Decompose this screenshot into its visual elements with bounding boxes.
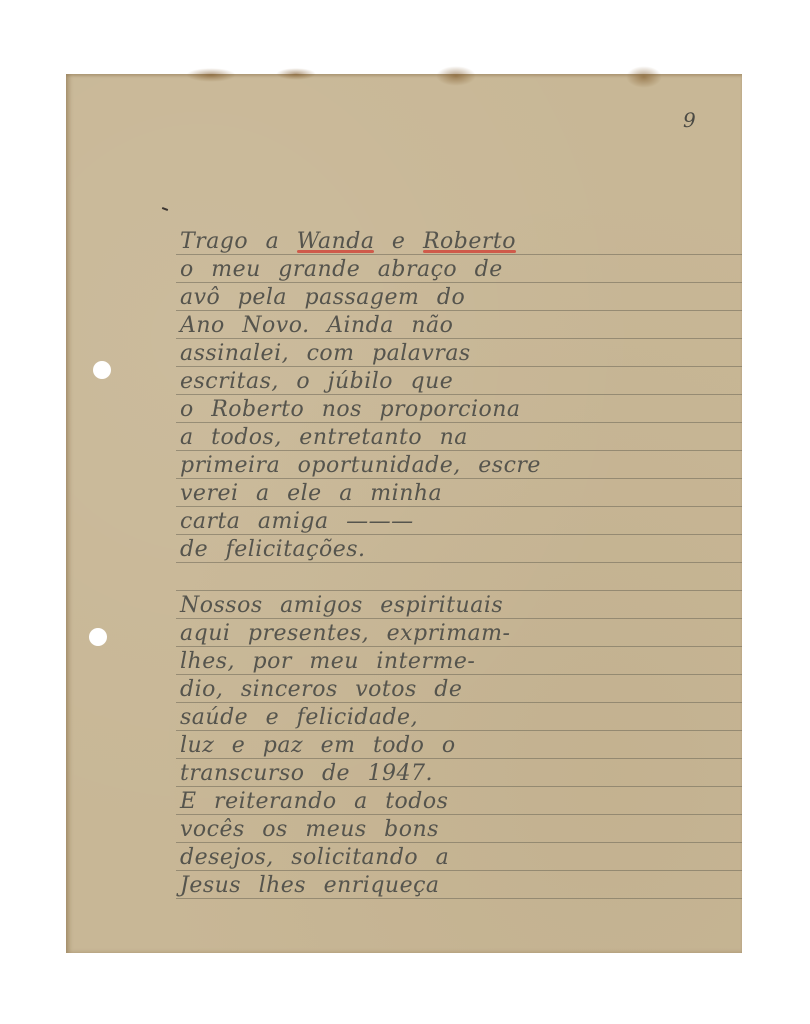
edge-stain xyxy=(276,68,316,80)
text-line-2: o meu grande abraço de xyxy=(180,256,736,284)
text-line-23: desejos, solicitando a xyxy=(180,844,736,872)
text-line-20: transcurso de 1947. xyxy=(180,760,736,788)
text-line-12: de felicitações. xyxy=(180,536,736,564)
edge-stain xyxy=(186,68,236,82)
text-line-7: o Roberto nos proporciona xyxy=(180,396,736,424)
text-line-22: vocês os meus bons xyxy=(180,816,736,844)
text-line-14: Nossos amigos espirituais xyxy=(180,592,736,620)
edge-stain xyxy=(436,66,476,86)
text-line-18: saúde e felicidade, xyxy=(180,704,736,732)
text-line-9: primeira oportunidade, escre xyxy=(180,452,736,480)
text-line-16: lhes, por meu interme- xyxy=(180,648,736,676)
text-line-13 xyxy=(180,564,736,592)
page-number: 9 xyxy=(683,108,696,132)
highlighted-name-roberto: Roberto xyxy=(423,229,516,254)
text-line-3: avô pela passagem do xyxy=(180,284,736,312)
edge-stain xyxy=(626,66,662,88)
text-line-10: verei a ele a minha xyxy=(180,480,736,508)
text-line-24: Jesus lhes enriqueça xyxy=(180,872,736,900)
text-line-6: escritas, o júbilo que xyxy=(180,368,736,396)
text-line-15: aqui presentes, exprimam- xyxy=(180,620,736,648)
text-line-19: luz e paz em todo o xyxy=(180,732,736,760)
punch-hole-top xyxy=(93,361,111,379)
text-line-11: carta amiga ——— xyxy=(180,508,736,536)
pencil-speck xyxy=(162,207,168,211)
text-line-1: Trago a Wanda e Roberto xyxy=(180,228,736,256)
letter-page: 9 Trago a Wanda e Roberto o meu grande a… xyxy=(66,74,742,953)
text-line-4: Ano Novo. Ainda não xyxy=(180,312,736,340)
punch-hole-bottom xyxy=(89,628,107,646)
text-line-21: E reiterando a todos xyxy=(180,788,736,816)
text-line-5: assinalei, com palavras xyxy=(180,340,736,368)
highlighted-name-wanda: Wanda xyxy=(297,229,375,254)
text-line-8: a todos, entretanto na xyxy=(180,424,736,452)
text-line-17: dio, sinceros votos de xyxy=(180,676,736,704)
text-fragment: e xyxy=(374,229,423,254)
text-fragment: Trago a xyxy=(180,229,297,254)
